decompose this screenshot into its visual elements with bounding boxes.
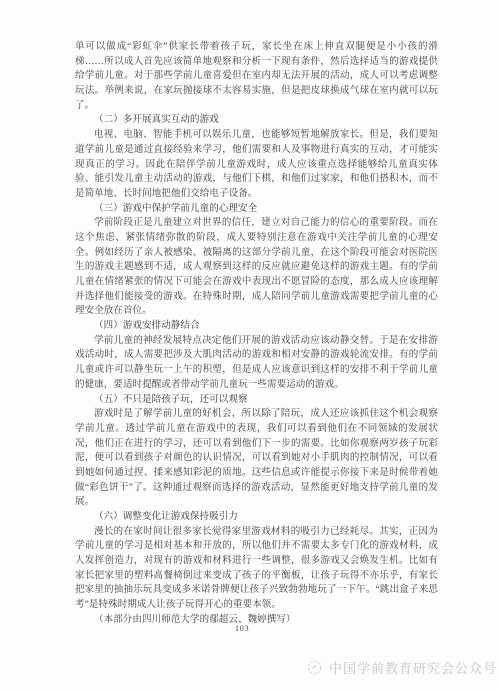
paragraph: 学前儿童的神经发展特点决定他们开展的游戏活动应该动静交替。于是在安排游戏活动时，… [75, 334, 438, 393]
section-heading: （五）不只是陪孩子玩，还可以观察 [75, 393, 438, 408]
association-sun-logo-icon [306, 659, 323, 676]
footer-watermark-text: 中国学前教育研究会公众号 [329, 658, 497, 677]
page-body-text: 单可以做成“彩虹伞”供家长带着孩子玩，家长坐在床上伸直双腿便是小小孩的滑梯……所… [75, 40, 438, 628]
paragraph: 单可以做成“彩虹伞”供家长带着孩子玩，家长坐在床上伸直双腿便是小小孩的滑梯……所… [75, 40, 438, 113]
scanned-document-page: 单可以做成“彩虹伞”供家长带着孩子玩，家长坐在床上伸直双腿便是小小孩的滑梯……所… [0, 0, 500, 691]
page-number: 103 [0, 623, 484, 633]
section-heading: （六）调整变化让游戏保持吸引力 [75, 510, 438, 525]
footer-watermark: 中国学前教育研究会公众号 [306, 658, 497, 677]
paragraph: 漫长的在家时间让很多家长觉得家里游戏材料的吸引力已经耗尽。其实，正因为学前儿童的… [75, 525, 438, 613]
section-heading: （二）多开展真实互动的游戏 [75, 113, 438, 128]
paragraph: 学前阶段正是儿童建立对世界的信任，建立对自己能力的信心的重要阶段。而在这个焦虑、… [75, 216, 438, 319]
paragraph: 电视、电脑、智能手机可以娱乐儿童，也能够短暂地解放家长。但是，我们要知道学前儿童… [75, 128, 438, 201]
paragraph: 游戏时是了解学前儿童的好机会，所以除了陪玩，成人还应该抓住这个机会观察学前儿童。… [75, 407, 438, 510]
section-heading: （四）游戏安排动静结合 [75, 319, 438, 334]
section-heading: （三）游戏中保护学前儿童的心理安全 [75, 202, 438, 217]
